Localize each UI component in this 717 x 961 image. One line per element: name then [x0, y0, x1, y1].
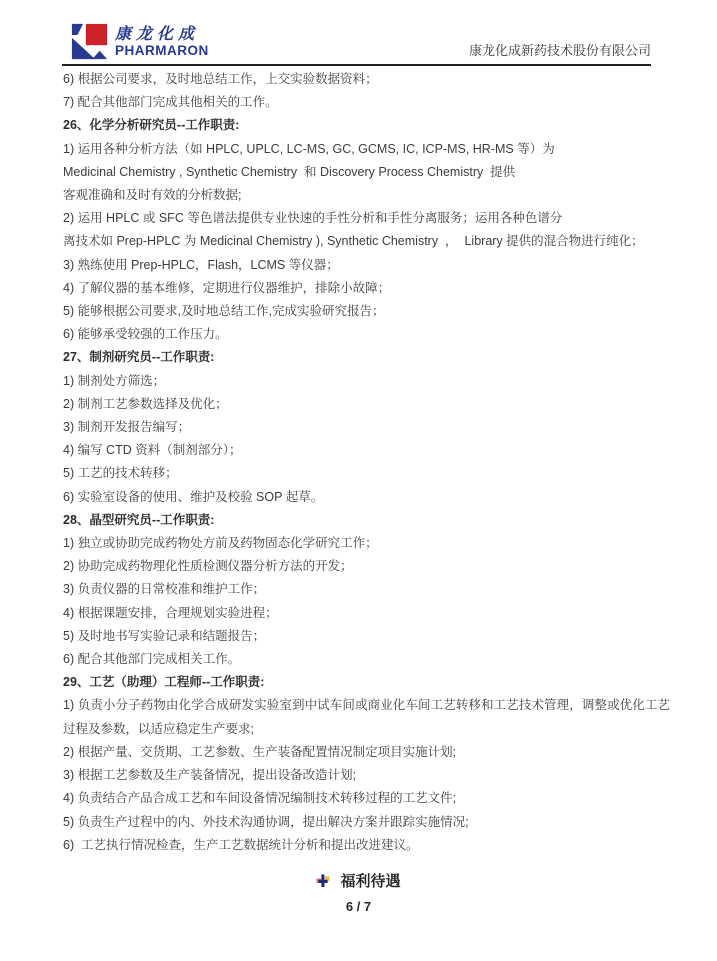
- doc-line: 3) 制剂开发报告编写；: [63, 416, 670, 439]
- doc-line: 1) 制剂处方筛选；: [63, 370, 670, 393]
- doc-line: 3) 根据工艺参数及生产装备情况，提出设备改造计划;: [63, 764, 670, 787]
- doc-line: 1) 运用各种分析方法（如 HPLC, UPLC, LC-MS, GC, GCM…: [63, 138, 670, 161]
- doc-line: 2) 协助完成药物理化性质检测仪器分析方法的开发；: [63, 555, 670, 578]
- logo-brand-cn: 康龙化成: [115, 26, 209, 42]
- doc-line: 4) 编写 CTD 资料（制剂部分）；: [63, 439, 670, 462]
- document-page: 康龙化成 PHARMARON 康龙化成新药技术股份有限公司 6) 根据公司要求，…: [0, 0, 717, 961]
- doc-line: 2) 制剂工艺参数选择及优化；: [63, 393, 670, 416]
- doc-line: 6) 实验室设备的使用、维护及校验 SOP 起草。: [63, 486, 670, 509]
- doc-line: 6) 能够承受较强的工作压力。: [63, 323, 670, 346]
- doc-line: 2) 运用 HPLC 或 SFC 等色谱法提供专业快速的手性分析和手性分离服务；…: [63, 207, 670, 230]
- doc-line: 1) 负责小分子药物由化学合成研发实验室到中试车间或商业化车间工艺转移和工艺技术…: [63, 694, 670, 740]
- doc-line: 4) 根据课题安排，合理规划实验进程；: [63, 602, 670, 625]
- doc-line: 1) 独立或协助完成药物处方前及药物固态化学研究工作；: [63, 532, 670, 555]
- section-heading: 26、化学分析研究员--工作职责:: [63, 114, 670, 137]
- four-color-cross-icon: [316, 874, 330, 888]
- doc-line: 离技术如 Prep-HPLC 为 Medicinal Chemistry ), …: [63, 230, 670, 253]
- doc-line: 6) 配合其他部门完成相关工作。: [63, 648, 670, 671]
- benefits-heading-row: 福利待遇: [0, 871, 717, 893]
- doc-line: 5) 及时地书写实验记录和结题报告；: [63, 625, 670, 648]
- doc-line: 6) 工艺执行情况检查，生产工艺数据统计分析和提出改进建议。: [63, 834, 670, 857]
- doc-line: 5) 工艺的技术转移；: [63, 462, 670, 485]
- benefits-heading: 福利待遇: [340, 873, 400, 890]
- logo-brand-en: PHARMARON: [115, 44, 209, 58]
- doc-line: 客观准确和及时有效的分析数据;: [63, 184, 670, 207]
- doc-line: 6) 根据公司要求，及时地总结工作，上交实验数据资料；: [63, 68, 670, 91]
- doc-line: 5) 负责生产过程中的内、外技术沟通协调，提出解决方案并跟踪实施情况;: [63, 811, 670, 834]
- doc-line: 7) 配合其他部门完成其他相关的工作。: [63, 91, 670, 114]
- logo-text: 康龙化成 PHARMARON: [115, 26, 209, 58]
- doc-line: 3) 负责仪器的日常校准和维护工作；: [63, 578, 670, 601]
- doc-line: 2) 根据产量、交货期、工艺参数、生产装备配置情况制定项目实施计划;: [63, 741, 670, 764]
- doc-line: 3) 熟练使用 Prep-HPLC，Flash，LCMS 等仪器；: [63, 254, 670, 277]
- doc-line: 4) 负责结合产品合成工艺和车间设备情况编制技术转移过程的工艺文件;: [63, 787, 670, 810]
- document-body: 6) 根据公司要求，及时地总结工作，上交实验数据资料； 7) 配合其他部门完成其…: [63, 66, 670, 857]
- doc-line: 4) 了解仪器的基本维修，定期进行仪器维护，排除小故障；: [63, 277, 670, 300]
- section-heading: 29、工艺（助理）工程师--工作职责:: [63, 671, 670, 694]
- section-heading: 27、制剂研究员--工作职责:: [63, 346, 670, 369]
- section-heading: 28、晶型研究员--工作职责:: [63, 509, 670, 532]
- doc-line: Medicinal Chemistry , Synthetic Chemistr…: [63, 161, 670, 184]
- page-header: 康龙化成 PHARMARON 康龙化成新药技术股份有限公司: [0, 0, 717, 60]
- page-number: 6 / 7: [0, 897, 717, 917]
- pharmaron-logo-icon: [71, 23, 108, 60]
- pharmaron-logo: 康龙化成 PHARMARON: [71, 23, 209, 60]
- company-name: 康龙化成新药技术股份有限公司: [469, 40, 651, 60]
- doc-line: 5) 能够根据公司要求,及时地总结工作,完成实验研究报告；: [63, 300, 670, 323]
